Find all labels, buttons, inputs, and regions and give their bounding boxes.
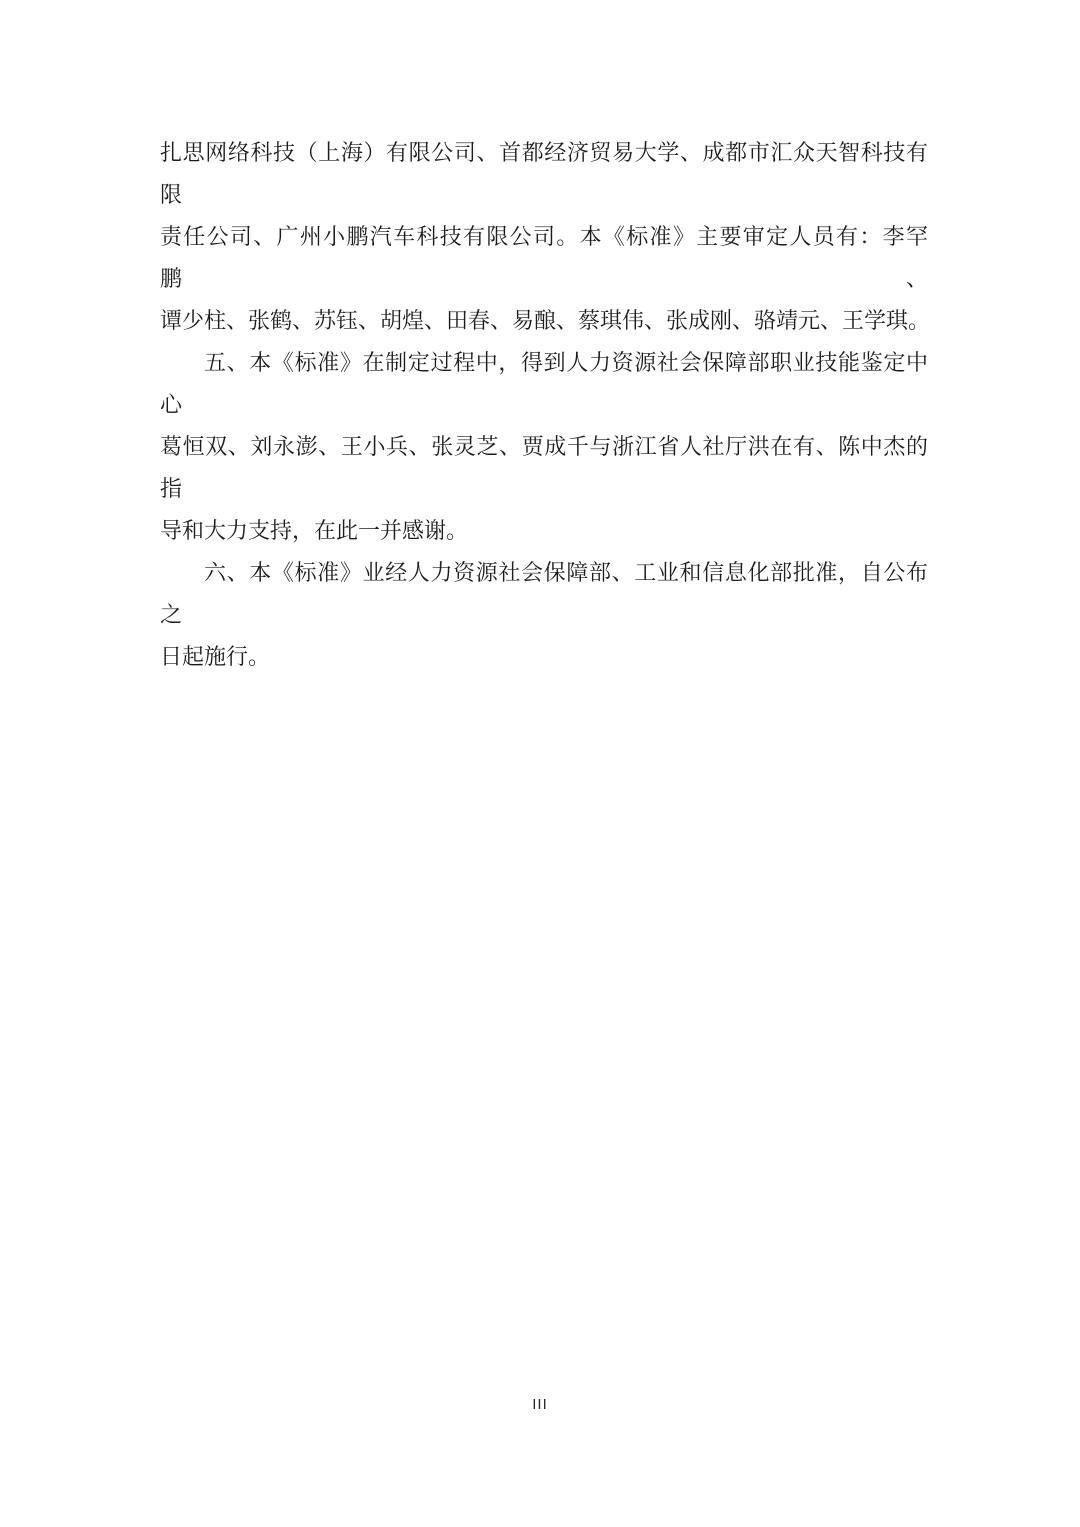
paragraph: 六、本《标准》业经人力资源社会保障部、工业和信息化部批准，自公布之日起施行。 (160, 553, 928, 679)
document-page: 扎思网络科技（上海）有限公司、首都经济贸易大学、成都市汇众天智科技有限责任公司、… (0, 0, 1080, 1527)
text-line: 导和大力支持，在此一并感谢。 (160, 511, 928, 553)
text-line: 葛恒双、刘永澎、王小兵、张灵芝、贾成千与浙江省人社厅洪在有、陈中杰的指 (160, 427, 928, 511)
text-line: 六、本《标准》业经人力资源社会保障部、工业和信息化部批准，自公布之 (160, 553, 928, 637)
page-number: III (532, 1396, 548, 1413)
document-body: 扎思网络科技（上海）有限公司、首都经济贸易大学、成都市汇众天智科技有限责任公司、… (160, 133, 928, 679)
paragraph: 扎思网络科技（上海）有限公司、首都经济贸易大学、成都市汇众天智科技有限责任公司、… (160, 133, 928, 343)
paragraph: 五、本《标准》在制定过程中，得到人力资源社会保障部职业技能鉴定中心葛恒双、刘永澎… (160, 343, 928, 553)
text-line: 责任公司、广州小鹏汽车科技有限公司。本《标准》主要审定人员有：李罕鹏、 (160, 217, 928, 301)
text-line: 谭少柱、张鹤、苏钰、胡煌、田春、易酿、蔡琪伟、张成刚、骆靖元、王学琪。 (160, 301, 928, 343)
text-line: 扎思网络科技（上海）有限公司、首都经济贸易大学、成都市汇众天智科技有限 (160, 133, 928, 217)
text-line: 日起施行。 (160, 637, 928, 679)
text-line: 五、本《标准》在制定过程中，得到人力资源社会保障部职业技能鉴定中心 (160, 343, 928, 427)
page-footer: III (0, 1394, 1080, 1413)
